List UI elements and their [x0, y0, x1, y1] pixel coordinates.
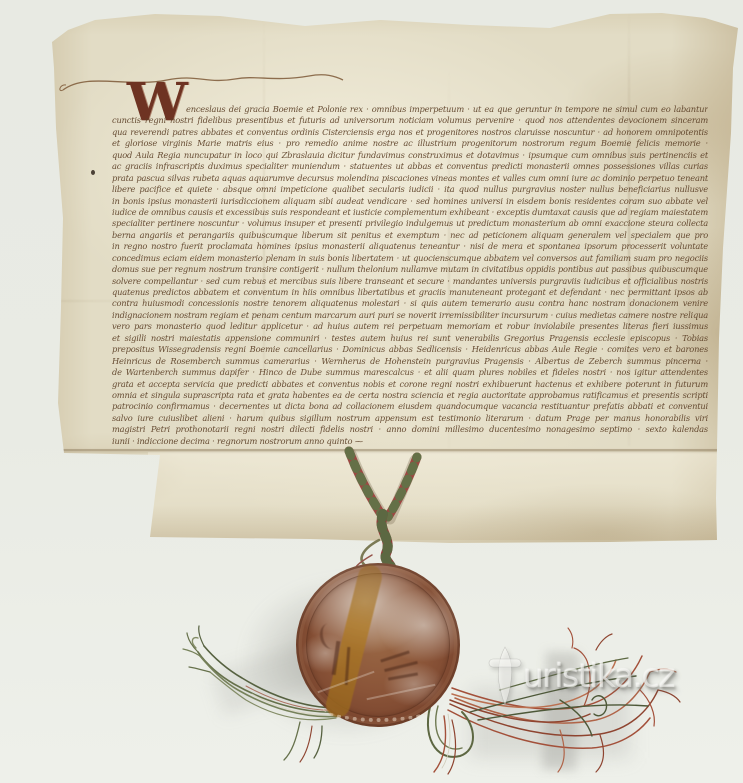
watermark-text: uristika.cz [523, 656, 674, 695]
seal-inscription-arc [322, 692, 434, 722]
pen-flourish-icon [57, 64, 349, 98]
manuscript-line: prepositus Wissegradensis regni Boemie c… [112, 344, 708, 355]
turistika-watermark: uristika.cz [480, 644, 700, 714]
watermark-pin-t-icon [486, 644, 524, 706]
manuscript-line: quod Aula Regia nuncupatur in loco qui Z… [112, 150, 708, 161]
manuscript-line: berna angariis et perangariis quibuscumq… [112, 230, 708, 241]
manuscript-line: ac graciis infrascriptis duximus special… [112, 161, 708, 172]
manuscript-line: iudice de omnibus causis et excessibus s… [112, 207, 708, 218]
manuscript-line: concedimus eciam eidem monasterio plenam… [112, 253, 708, 264]
manuscript-line: cunctis regni nostri fidelibus presentib… [112, 115, 708, 126]
manuscript-line: indignacionem nostram regiam et penam ce… [112, 310, 708, 321]
manuscript-line: grata et accepta servicia que predicti a… [112, 379, 708, 390]
manuscript-line: qua reverendi patres abbates et conventu… [112, 127, 708, 138]
charter-photograph: W enceslaus dei gracia Boemie et Polonie… [0, 0, 743, 783]
manuscript-line: solvere compellantur · sed cum rebus et … [112, 276, 708, 287]
manuscript-line: omnia et singula suprascripta rata et gr… [112, 390, 708, 401]
wax-seal [296, 563, 460, 727]
manuscript-line: de Wartenberch summus dapifer · Hinco de… [112, 367, 708, 378]
manuscript-line: in bonis ipsius monasterii iurisdiccione… [112, 196, 708, 207]
manuscript-line: prata pascua silvas rubeta aquas aquarum… [112, 173, 708, 184]
manuscript-line: quatenus predictos abbatem et conventum … [112, 287, 708, 298]
manuscript-text-block: enceslaus dei gracia Boemie et Polonie r… [112, 104, 708, 447]
manuscript-line: libere pacifice et quiete · absque omni … [112, 184, 708, 195]
manuscript-line: enceslaus dei gracia Boemie et Polonie r… [112, 104, 708, 115]
manuscript-line: et sigilli nostri maiestatis appensione … [112, 333, 708, 344]
manuscript-line: specialiter pertinere noscuntur · volumu… [112, 218, 708, 229]
manuscript-line: patrocinio confirmamus · decernentes ut … [112, 401, 708, 412]
manuscript-line: contra huiusmodi concessionis nostre ten… [112, 298, 708, 309]
manuscript-line: domus sue per regnum nostrum transire co… [112, 264, 708, 275]
manuscript-line: Heinricus de Rosemberch summus camerariu… [112, 356, 708, 367]
manuscript-line: salvo iure cuiuslibet alieni · harum qui… [112, 413, 708, 424]
manuscript-line: vero pars monasterio quod leditur applic… [112, 321, 708, 332]
manuscript-line: in regno nostro fuerit proclamata homine… [112, 241, 708, 252]
y-cord [349, 451, 417, 572]
manuscript-line: et gloriose virginis Marie matris eius ·… [112, 138, 708, 149]
ink-speck [91, 170, 95, 175]
